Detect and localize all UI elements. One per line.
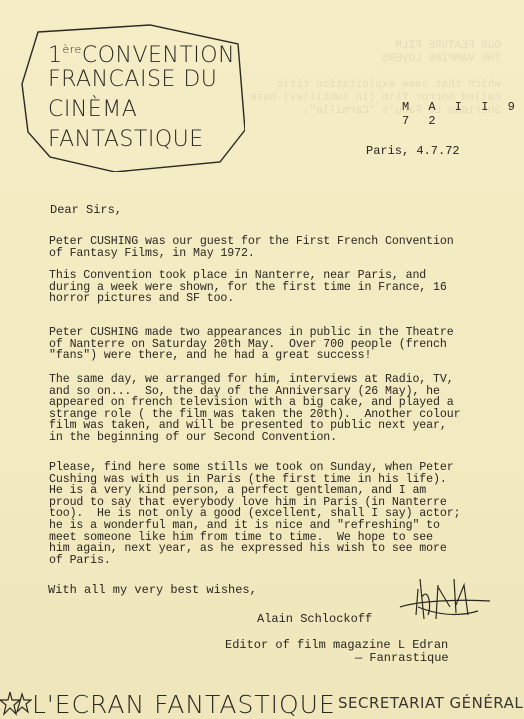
salutation: Dear Sirs,: [50, 203, 122, 217]
closing: With all my very best wishes,: [48, 583, 257, 597]
star-icon: [0, 690, 32, 716]
convention-logo-box: 1èreCONVENTION FRANCAISE DU CINÈMA FANTA…: [20, 22, 245, 172]
handwritten-signature: [398, 575, 508, 625]
paragraph-5: Please, find here some stills we took on…: [49, 462, 489, 566]
ordinal-number: 1: [48, 43, 63, 68]
paragraph-4: The same day, we arranged for him, inter…: [49, 374, 489, 444]
header-line-2: FRANCAISE DU: [48, 68, 217, 92]
magazine-name-continued: Fanrastique: [369, 651, 448, 665]
footer-magazine-name: L'ECRAN FANTASTIQUE: [32, 690, 336, 719]
header-line-4: FANTASTIQUE: [48, 128, 204, 152]
footer-secretariat: SECRETARIAT GÉNÉRAL: [338, 694, 523, 712]
paragraph-2: This Convention took place in Nanterre, …: [49, 270, 489, 305]
paragraph-3: Peter CUSHING made two appearances in pu…: [49, 327, 489, 362]
letter-page: OUR FEATURE FILM THE VAMPIRE LOVERS whic…: [0, 0, 524, 719]
place-date: Paris, 4.7.72: [366, 144, 460, 158]
footer-letterhead: L'ECRAN FANTASTIQUE: [0, 690, 336, 719]
signer-name: Alain Schlockoff: [257, 612, 372, 626]
signer-title-continued: — Fanrastique: [355, 651, 449, 665]
ordinal-suffix: ère: [63, 43, 82, 56]
header-line-3: CINÈMA: [48, 98, 137, 122]
signer-title: Editor of film magazine L Edran: [225, 638, 448, 652]
month-year: M A I I 9 7 2: [402, 100, 524, 128]
header-line-1: 1èreCONVENTION: [48, 38, 235, 68]
paragraph-1: Peter CUSHING was our guest for the Firs…: [49, 236, 489, 259]
header-word-convention: CONVENTION: [82, 43, 235, 68]
